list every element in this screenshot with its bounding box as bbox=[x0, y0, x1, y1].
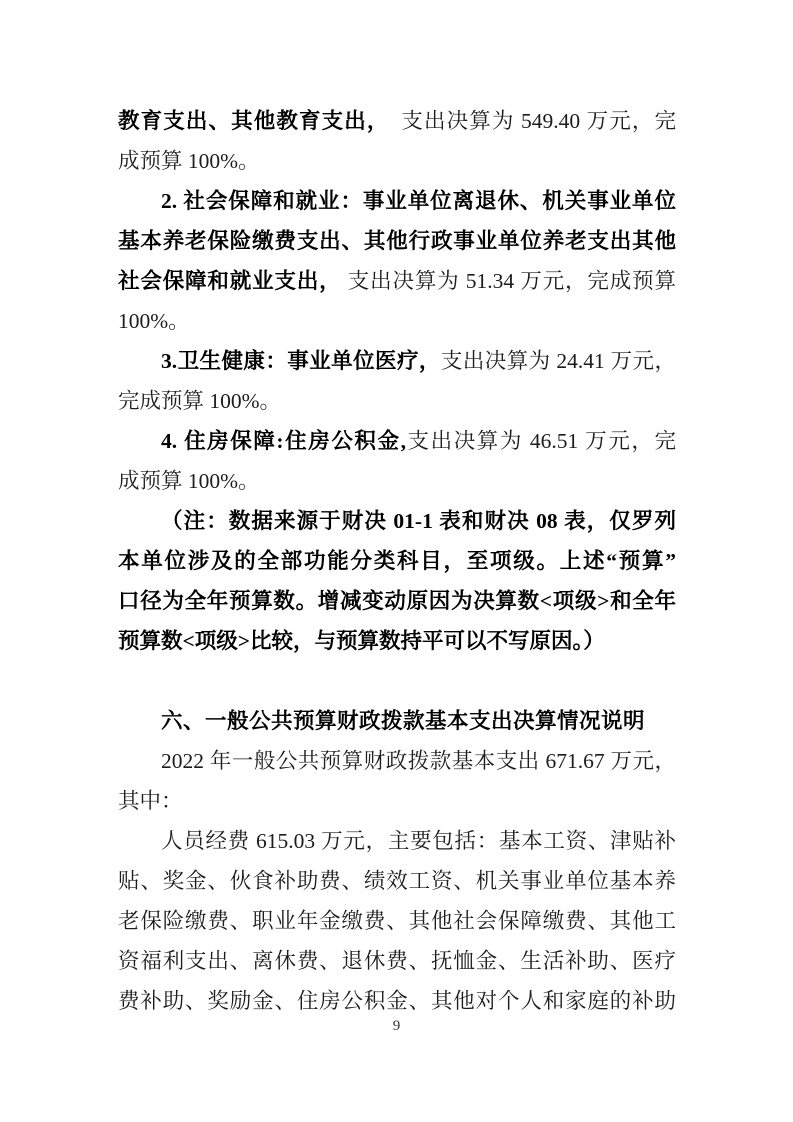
text-line: 贴、奖金、伙食补助费、绩效工资、机关事业单位基本养 bbox=[118, 861, 676, 901]
text-line: 100%。 bbox=[118, 301, 676, 341]
text-run-bold: 教育支出、其他教育支出， bbox=[118, 109, 379, 133]
para-basic-expenditure-total: 2022 年一般公共预算财政拨款基本支出 671.67 万元，其中： bbox=[118, 741, 676, 821]
text-run: 支出决算为 24.41 万元， bbox=[441, 349, 676, 373]
text-line: 成预算 100%。 bbox=[118, 141, 676, 181]
document-text: 教育支出、其他教育支出， 支出决算为 549.40 万元，完成预算 100%。2… bbox=[118, 101, 676, 1021]
text-run: 贴、奖金、伙食补助费、绩效工资、机关事业单位基本养 bbox=[118, 869, 676, 893]
text-line: 人员经费 615.03 万元，主要包括：基本工资、津贴补 bbox=[118, 821, 676, 861]
text-run-bold: 预算数<项级>比较，与预算数持平可以不写原因。） bbox=[118, 629, 605, 653]
text-line: 口径为全年预算数。增减变动原因为决算数<项级>和全年 bbox=[118, 581, 676, 621]
text-run: 老保险缴费、职业年金缴费、其他社会保障缴费、其他工 bbox=[118, 909, 676, 933]
text-run: 人员经费 615.03 万元，主要包括：基本工资、津贴补 bbox=[161, 829, 676, 853]
text-run: 成预算 100%。 bbox=[118, 149, 260, 173]
text-run-bold: （注：数据来源于财决 01-1 表和财决 08 表，仅罗列 bbox=[161, 509, 676, 533]
text-run-bold: 六、一般公共预算财政拨款基本支出决算情况说明 bbox=[161, 709, 645, 733]
page-number: 9 bbox=[393, 1018, 401, 1034]
text-run: 完成预算 100%。 bbox=[118, 389, 281, 413]
text-run-bold: 社会保障和就业支出， bbox=[118, 269, 342, 293]
text-line: 六、一般公共预算财政拨款基本支出决算情况说明 bbox=[118, 701, 676, 741]
text-line: 完成预算 100%。 bbox=[118, 381, 676, 421]
para-education-expense: 教育支出、其他教育支出， 支出决算为 549.40 万元，完成预算 100%。 bbox=[118, 101, 676, 181]
text-line: 3.卫生健康：事业单位医疗，支出决算为 24.41 万元， bbox=[118, 341, 676, 381]
para-personnel-expense: 人员经费 615.03 万元，主要包括：基本工资、津贴补贴、奖金、伙食补助费、绩… bbox=[118, 821, 676, 1021]
para-social-security-employment: 2. 社会保障和就业：事业单位离退休、机关事业单位基本养老保险缴费支出、其他行政… bbox=[118, 181, 676, 341]
text-line: 2022 年一般公共预算财政拨款基本支出 671.67 万元， bbox=[118, 741, 676, 781]
section-heading-basic-expenditure: 六、一般公共预算财政拨款基本支出决算情况说明 bbox=[118, 701, 676, 741]
text-line: 2. 社会保障和就业：事业单位离退休、机关事业单位 bbox=[118, 181, 676, 221]
text-line: 资福利支出、离休费、退休费、抚恤金、生活补助、医疗 bbox=[118, 941, 676, 981]
text-run-bold: 3.卫生健康：事业单位医疗， bbox=[161, 349, 441, 373]
text-run-bold: 基本养老保险缴费支出、其他行政事业单位养老支出其他 bbox=[118, 229, 676, 253]
text-line: 社会保障和就业支出， 支出决算为 51.34 万元，完成预算 bbox=[118, 261, 676, 301]
para-note: （注：数据来源于财决 01-1 表和财决 08 表，仅罗列本单位涉及的全部功能分… bbox=[118, 501, 676, 661]
text-line: （注：数据来源于财决 01-1 表和财决 08 表，仅罗列 bbox=[118, 501, 676, 541]
text-run: 其中： bbox=[118, 789, 183, 813]
text-run-bold: 2. 社会保障和就业：事业单位离退休、机关事业单位 bbox=[161, 189, 676, 213]
text-run: 支出决算为 46.51 万元，完 bbox=[406, 429, 676, 453]
document-page: 教育支出、其他教育支出， 支出决算为 549.40 万元，完成预算 100%。2… bbox=[0, 0, 793, 1122]
text-line: 本单位涉及的全部功能分类科目，至项级。上述“预算” bbox=[118, 541, 676, 581]
text-line: 老保险缴费、职业年金缴费、其他社会保障缴费、其他工 bbox=[118, 901, 676, 941]
para-housing: 4. 住房保障:住房公积金,支出决算为 46.51 万元，完成预算 100%。 bbox=[118, 421, 676, 501]
text-run-bold: 本单位涉及的全部功能分类科目，至项级。上述“预算” bbox=[118, 549, 676, 573]
text-run: 支出决算为 549.40 万元，完 bbox=[379, 109, 676, 133]
text-line: 4. 住房保障:住房公积金,支出决算为 46.51 万元，完 bbox=[118, 421, 676, 461]
text-line: 费补助、奖励金、住房公积金、其他对个人和家庭的补助 bbox=[118, 981, 676, 1021]
text-run: 费补助、奖励金、住房公积金、其他对个人和家庭的补助 bbox=[118, 989, 676, 1013]
text-line: 教育支出、其他教育支出， 支出决算为 549.40 万元，完 bbox=[118, 101, 676, 141]
text-run: 资福利支出、离休费、退休费、抚恤金、生活补助、医疗 bbox=[118, 949, 676, 973]
text-run: 100%。 bbox=[118, 309, 190, 333]
text-run-bold: 口径为全年预算数。增减变动原因为决算数<项级>和全年 bbox=[118, 589, 676, 613]
text-run: 2022 年一般公共预算财政拨款基本支出 671.67 万元， bbox=[161, 749, 676, 773]
text-line: 基本养老保险缴费支出、其他行政事业单位养老支出其他 bbox=[118, 221, 676, 261]
page-footer: 9 bbox=[0, 1018, 793, 1035]
text-run: 成预算 100%。 bbox=[118, 469, 260, 493]
text-run: 支出决算为 51.34 万元，完成预算 bbox=[342, 269, 676, 293]
text-line: 其中： bbox=[118, 781, 676, 821]
text-line: 成预算 100%。 bbox=[118, 461, 676, 501]
text-run-bold: 4. 住房保障:住房公积金, bbox=[161, 429, 406, 453]
para-health: 3.卫生健康：事业单位医疗，支出决算为 24.41 万元，完成预算 100%。 bbox=[118, 341, 676, 421]
text-line: 预算数<项级>比较，与预算数持平可以不写原因。） bbox=[118, 621, 676, 661]
